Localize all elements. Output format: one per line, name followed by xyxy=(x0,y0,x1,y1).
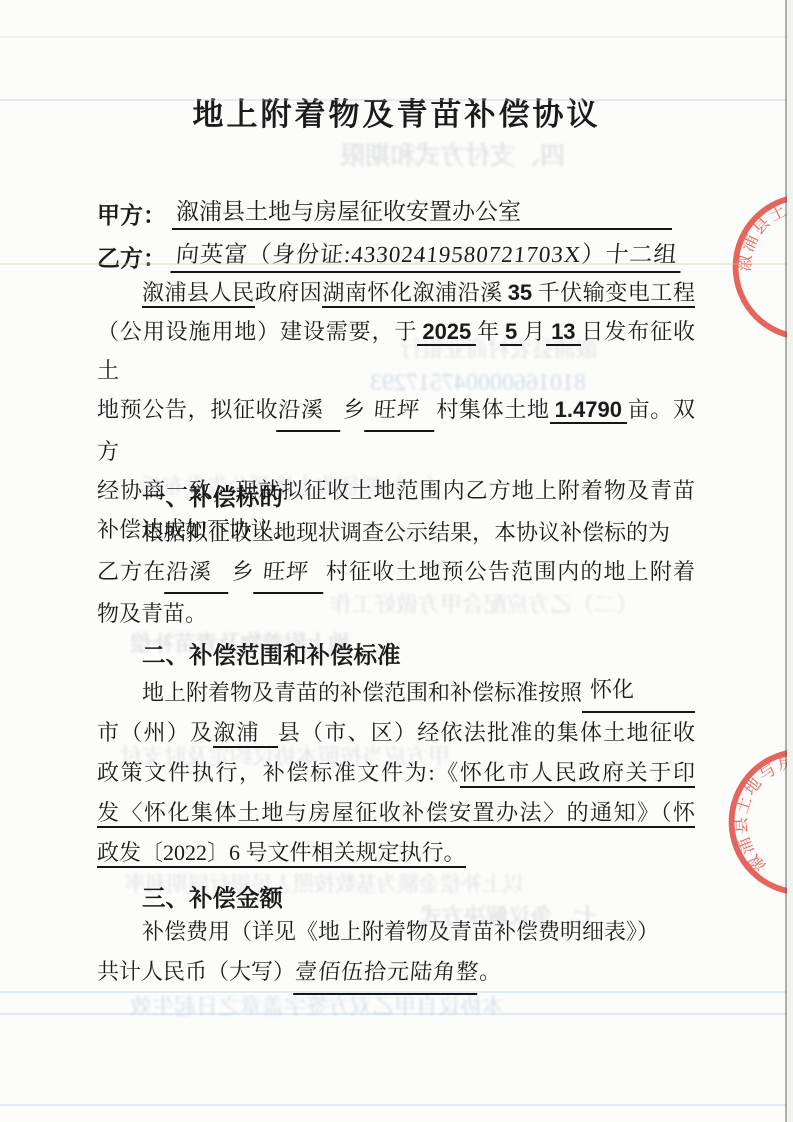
party-a-value: 溆浦县土地与房屋征收安置办公室 xyxy=(172,193,525,230)
body-text: 村集体土地 xyxy=(436,397,550,422)
seal-rim-text: 溆浦县土地与房屋征收安置办公室 xyxy=(714,734,793,883)
body-text: 政策文件执行，补偿标准文件为:《 xyxy=(97,760,460,785)
s3-line-1: 补偿费用（详见《地上附着物及青苗补偿费明细表》） xyxy=(97,912,695,952)
body-text: （公用设施用地）建设需要，于 xyxy=(97,319,417,344)
s3-line-2: 共计人民币（大写）壹佰伍拾元陆角整。 xyxy=(97,952,695,995)
land-area-value: 1.4790 xyxy=(550,397,627,424)
party-b-label: 乙方： xyxy=(97,240,172,273)
scan-edge-strip xyxy=(787,0,793,1122)
official-seal-top: 溆浦县土地与房屋征收安置办公室 ★ xyxy=(693,154,793,379)
intro-line-3: 地预公告，拟征收沿溪乡旺坪村集体土地1.4790亩。双方 xyxy=(97,390,695,471)
party-b-row: 乙方： 向英富（身份证:43302419580721703X）十二组 xyxy=(97,230,672,273)
scan-artifact-line xyxy=(0,1104,793,1106)
compensation-amount-value: 壹佰伍拾元陆角整 xyxy=(293,952,481,995)
scanned-document-page: 四、支付方式和期限 溆浦县农村商业银行 810166000047517293 （… xyxy=(0,0,793,1122)
project-voltage-value: 35 xyxy=(503,280,537,305)
city-value: 怀化 xyxy=(582,670,650,713)
seal-rim-text: 溆浦县土地与房屋征收安置办公室 xyxy=(704,154,793,352)
s2-line-1: 地上附着物及青苗的补偿范围和补偿标准按照怀化 xyxy=(97,670,695,713)
s1-line-3: 物及青苗。 xyxy=(97,594,695,633)
township-value: 沿溪 xyxy=(276,390,344,432)
village-value: 旺坪 xyxy=(364,390,438,432)
notice-day-value: 13 xyxy=(546,319,580,346)
s2-line-4: 发〈怀化集体土地与房屋征收补偿安置办法〉的通知》（怀 xyxy=(97,793,695,833)
party-b-value-handwritten: 向英富（身份证:43302419580721703X）十二组 xyxy=(170,236,683,273)
section-1-body: 根据拟征收土地现状调查公示结果，本协议补偿标的为 乙方在沿溪乡旺坪村征收土地预公… xyxy=(97,513,695,633)
scan-edge-line xyxy=(785,0,787,1122)
scan-artifact-line xyxy=(0,1013,793,1015)
scan-artifact-line xyxy=(0,263,793,265)
scan-artifact-line xyxy=(0,36,793,38)
parties-block: 甲方： 溆浦县土地与房屋征收安置办公室 乙方： 向英富（身份证:43302419… xyxy=(97,187,672,273)
party-a-label: 甲方： xyxy=(97,197,172,230)
body-text: 县（市、区）经依法批准的集体土地征收 xyxy=(278,720,695,745)
body-text: 共计人民币（大写） xyxy=(97,959,295,984)
notice-month-value: 5 xyxy=(500,319,522,346)
bleedthrough-line: 四、支付方式和期限 xyxy=(340,136,565,172)
township-value: 沿溪 xyxy=(165,552,233,594)
s1-line-2: 乙方在沿溪乡旺坪村征收土地预公告范围内的地上附着 xyxy=(97,552,695,594)
policy-document-title: 发〈怀化集体土地与房屋征收补偿安置办法〉的通知》（怀 xyxy=(97,800,695,828)
intro-line-1: 溆浦县人民政府因湖南怀化溆浦沿溪35千伏输变电工程 xyxy=(97,273,695,312)
body-text: 乡 xyxy=(230,559,254,584)
s2-line-3: 政策文件执行，补偿标准文件为:《怀化市人民政府关于印 xyxy=(97,753,695,793)
body-text: 乡 xyxy=(342,397,365,422)
policy-document-number: 政发〔2022〕6 号文件相关规定执行。 xyxy=(97,840,466,868)
body-text: 月 xyxy=(522,319,546,344)
underlined-text: 湖南怀化溆浦沿溪35千伏输变电工程 xyxy=(322,280,695,308)
village-value: 旺坪 xyxy=(253,552,327,594)
section-1-heading: 一、补偿标的 xyxy=(97,477,740,517)
body-text: 地上附着物及青苗的补偿范围和补偿标准按照 xyxy=(142,673,582,713)
body-text: 湖南怀化溆浦沿溪 xyxy=(322,280,502,305)
policy-document-title: 怀化市人民政府关于印 xyxy=(460,760,695,788)
body-text: 政府因 xyxy=(255,280,323,305)
body-text: 村征收土地预公告范围内的地上附着 xyxy=(325,559,695,584)
body-text: 千伏输变电工程 xyxy=(537,280,695,305)
section-2-body: 地上附着物及青苗的补偿范围和补偿标准按照怀化 市（州）及溆浦县（市、区）经依法批… xyxy=(97,670,695,873)
body-text: 市（州）及 xyxy=(97,720,213,745)
body-text: 地预公告，拟征收 xyxy=(97,397,278,422)
scan-artifact-line xyxy=(0,99,793,101)
intro-line-2: （公用设施用地）建设需要，于2025年5月13日发布征收土 xyxy=(97,312,695,390)
svg-text:溆浦县土地与房屋征收安置办公室: 溆浦县土地与房屋征收安置办公室 xyxy=(714,734,793,883)
s1-line-1: 根据拟征收土地现状调查公示结果，本协议补偿标的为 xyxy=(97,513,695,552)
scan-artifact-line xyxy=(0,991,793,993)
body-text: 。 xyxy=(479,959,501,984)
underline-filler xyxy=(525,228,672,230)
s2-line-5: 政发〔2022〕6 号文件相关规定执行。 xyxy=(97,833,695,873)
party-a-row: 甲方： 溆浦县土地与房屋征收安置办公室 xyxy=(97,187,672,230)
notice-year-value: 2025 xyxy=(417,319,476,346)
s2-line-2: 市（州）及溆浦县（市、区）经依法批准的集体土地征收 xyxy=(97,713,695,753)
section-2-heading: 二、补偿范围和补偿标准 xyxy=(97,635,740,675)
underlined-text: 溆浦县人民 xyxy=(142,280,255,308)
section-3-body: 补偿费用（详见《地上附着物及青苗补偿费明细表》） 共计人民币（大写）壹佰伍拾元陆… xyxy=(97,912,695,995)
body-text: 年 xyxy=(476,319,500,344)
svg-text:溆浦县土地与房屋征收安置办公室: 溆浦县土地与房屋征收安置办公室 xyxy=(704,154,793,352)
body-text: 乙方在 xyxy=(97,559,166,584)
county-value: 溆浦 xyxy=(213,720,278,748)
